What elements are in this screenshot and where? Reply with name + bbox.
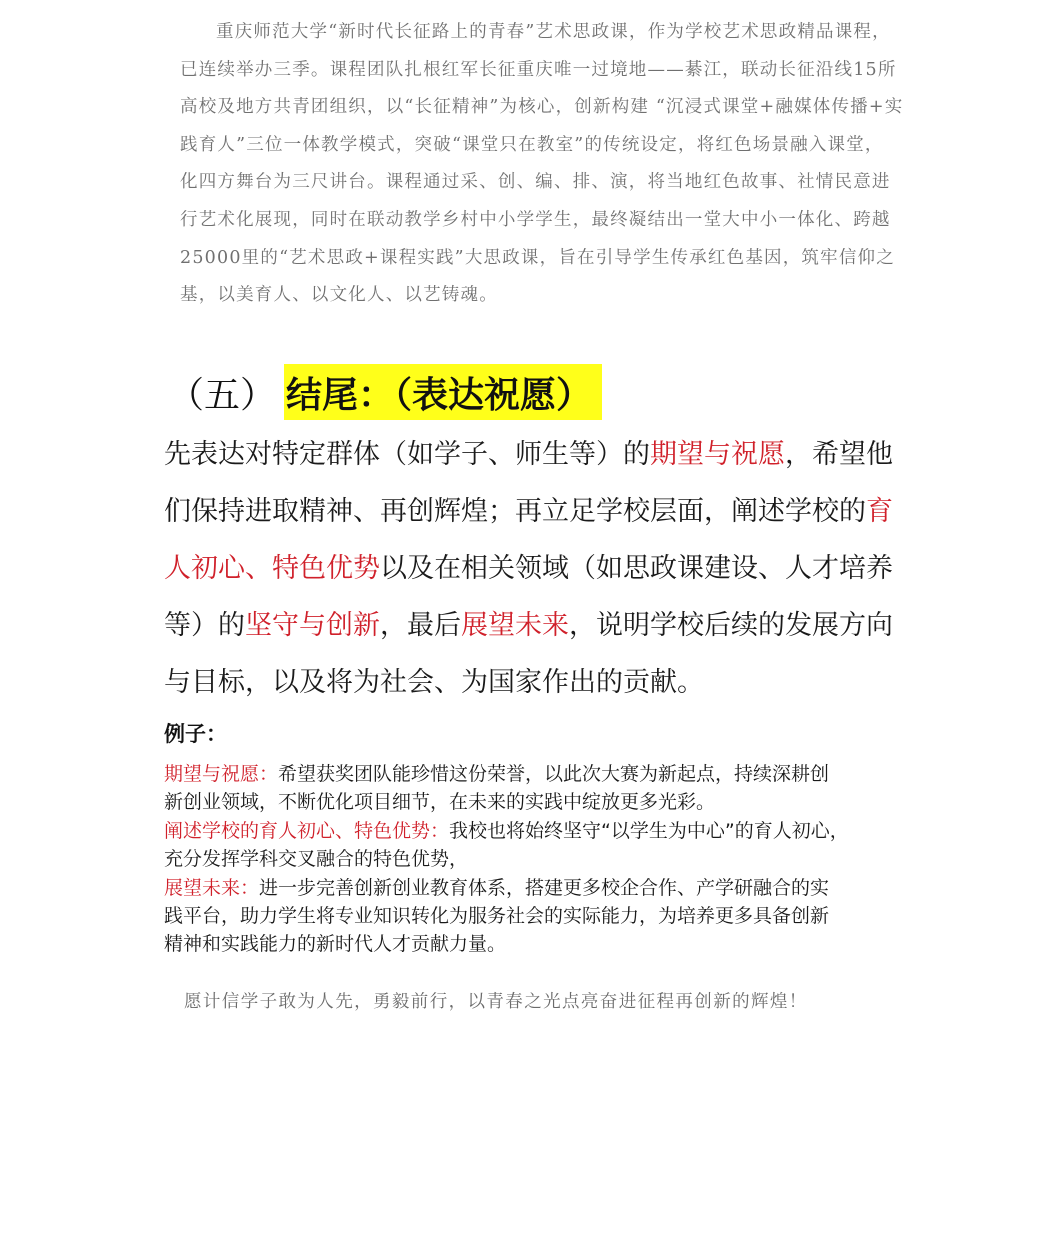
example-line: 期望与祝愿：希望获奖团队能珍惜这份荣誉，以此次大赛为新起点，持续深耕创 — [164, 760, 944, 788]
scan-line: 践育人”三位一体教学模式，突破“课堂只在教室”的传统设定，将红色场景融入课堂， — [180, 127, 910, 165]
scanned-paragraph: 重庆师范大学“新时代长征路上的青春”艺术思政课，作为学校艺术思政精品课程， 已连… — [180, 14, 910, 315]
scan-line: 25000里的“艺术思政+课程实践”大思政课，旨在引导学生传承红色基因，筑牢信仰… — [180, 240, 910, 278]
text: ，说明学校后续的发展方向 — [569, 610, 893, 641]
emphasis-text: 坚守与创新 — [245, 610, 380, 641]
text: 以及在相关领域（如思政课建设、人才培养 — [380, 553, 893, 584]
section-title-highlighted: 结尾：（表达祝愿） — [284, 364, 602, 420]
example-text: 希望获奖团队能珍惜这份荣誉，以此次大赛为新起点，持续深耕创 — [278, 763, 829, 785]
scan-line: 行艺术化展现，同时在联动教学乡村中小学学生，最终凝结出一堂大中小一体化、跨越 — [180, 202, 910, 240]
example-text: 进一步完善创新创业教育体系，搭建更多校企合作、产学研融合的实 — [259, 877, 829, 899]
description-line: 与目标，以及将为社会、为国家作出的贡献。 — [164, 654, 944, 711]
scan-line: 化四方舞台为三尺讲台。课程通过采、创、编、排、演，将当地红色故事、社情民意进 — [180, 164, 910, 202]
emphasis-text: 期望与祝愿 — [650, 439, 785, 470]
description-line: 等）的坚守与创新，最后展望未来，说明学校后续的发展方向 — [164, 597, 944, 654]
scan-line: 基，以美育人、以文化人、以艺铸魂。 — [180, 277, 910, 315]
emphasis-text: 展望未来 — [461, 610, 569, 641]
description-line: 们保持进取精神、再创辉煌；再立足学校层面，阐述学校的育 — [164, 483, 944, 540]
scan-line: 重庆师范大学“新时代长征路上的青春”艺术思政课，作为学校艺术思政精品课程， — [180, 14, 910, 52]
example-line: 展望未来：进一步完善创新创业教育体系，搭建更多校企合作、产学研融合的实 — [164, 874, 944, 902]
example-line: 充分发挥学科交叉融合的特色优势， — [164, 845, 944, 873]
example-label: 阐述学校的育人初心、特色优势： — [164, 820, 449, 842]
description-line: 先表达对特定群体（如学子、师生等）的期望与祝愿，希望他 — [164, 426, 944, 483]
text: ，希望他 — [785, 439, 893, 470]
scan-line: 高校及地方共青团组织，以“长征精神”为核心，创新构建 “沉浸式课堂+融媒体传播+… — [180, 89, 910, 127]
example-label: 展望未来： — [164, 877, 259, 899]
description-paragraph: 先表达对特定群体（如学子、师生等）的期望与祝愿，希望他 们保持进取精神、再创辉煌… — [164, 426, 944, 711]
text: 与目标，以及将为社会、为国家作出的贡献。 — [164, 667, 704, 698]
example-label: 期望与祝愿： — [164, 763, 278, 785]
examples-list: 期望与祝愿：希望获奖团队能珍惜这份荣誉，以此次大赛为新起点，持续深耕创 新创业领… — [164, 760, 944, 959]
scan-line: 已连续举办三季。课程团队扎根红军长征重庆唯一过境地——綦江，联动长征沿线15所 — [180, 52, 910, 90]
text: 们保持进取精神、再创辉煌；再立足学校层面，阐述学校的 — [164, 496, 866, 527]
emphasis-text: 育 — [866, 496, 893, 527]
example-line: 践平台，助力学生将专业知识转化为服务社会的实际能力，为培养更多具备创新 — [164, 902, 944, 930]
section-heading: （五） 结尾：（表达祝愿） — [168, 364, 602, 420]
section-number: （五） — [168, 367, 276, 418]
emphasis-text: 人初心、特色优势 — [164, 553, 380, 584]
example-line: 阐述学校的育人初心、特色优势：我校也将始终坚守“以学生为中心”的育人初心， — [164, 817, 944, 845]
example-line: 精神和实践能力的新时代人才贡献力量。 — [164, 930, 944, 958]
description-line: 人初心、特色优势以及在相关领域（如思政课建设、人才培养 — [164, 540, 944, 597]
closing-sentence: 愿计信学子敢为人先，勇毅前行，以青春之光点亮奋进征程再创新的辉煌！ — [184, 988, 808, 1013]
examples-title: 例子： — [164, 718, 227, 748]
text: 先表达对特定群体（如学子、师生等）的 — [164, 439, 650, 470]
example-text: 我校也将始终坚守“以学生为中心”的育人初心， — [449, 820, 849, 842]
example-line: 新创业领域，不断优化项目细节，在未来的实践中绽放更多光彩。 — [164, 788, 944, 816]
text: 等）的 — [164, 610, 245, 641]
text: ，最后 — [380, 610, 461, 641]
